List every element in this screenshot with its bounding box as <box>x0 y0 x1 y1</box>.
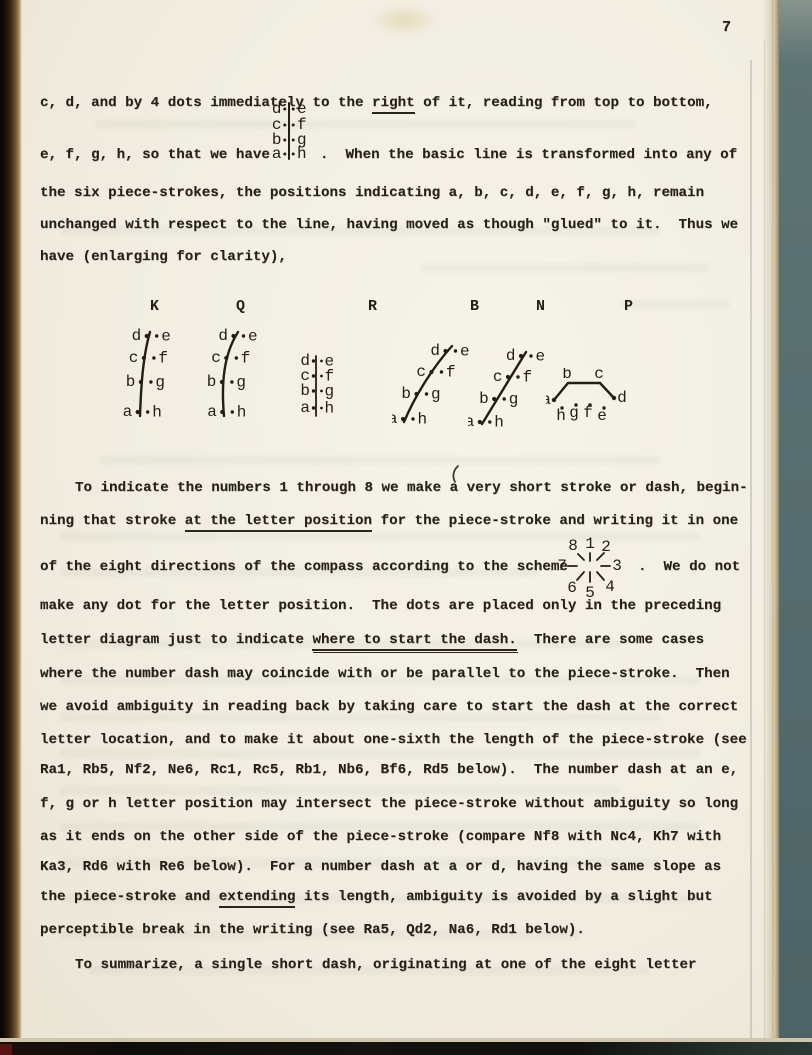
page-number: 7 <box>722 18 731 37</box>
svg-text:f: f <box>446 364 456 382</box>
paper-stain <box>368 4 440 36</box>
text-line-p2-7: we avoid ambiguity in reading back by ta… <box>40 698 738 717</box>
book-cover-bottom <box>0 1042 812 1055</box>
svg-text:a: a <box>207 403 217 421</box>
text-line-p2-3b: . We do not <box>638 558 740 577</box>
text-line-p2-12: Ka3, Rd6 with Re6 below). For a number d… <box>40 858 721 877</box>
piece-diagram-rook: decfbgah <box>292 348 350 429</box>
svg-text:g: g <box>325 383 335 401</box>
svg-text:h: h <box>297 145 307 163</box>
book-cover-right <box>779 0 812 1055</box>
svg-text:b: b <box>401 385 411 403</box>
piece-header-B: B <box>470 298 479 315</box>
text-line-p2-3a: of the eight directions of the compass a… <box>40 558 568 577</box>
text-line-p2-14: perceptible break in the writing (see Ra… <box>40 921 585 940</box>
text-line-p3-1: To summarize, a single short dash, origi… <box>75 956 697 975</box>
svg-text:6: 6 <box>567 579 577 597</box>
svg-text:a: a <box>123 403 133 421</box>
svg-text:b: b <box>562 368 572 383</box>
svg-text:b: b <box>207 373 217 391</box>
text-line-p1-1: c, d, and by 4 dots immediately to the r… <box>40 94 713 113</box>
handwritten-mark <box>449 464 461 489</box>
svg-text:e: e <box>161 328 171 346</box>
text-line-p2-10: f, g or h letter position may intersect … <box>40 795 738 814</box>
svg-text:e: e <box>248 328 258 346</box>
svg-text:f: f <box>241 350 251 368</box>
svg-text:c: c <box>211 349 221 367</box>
piece-diagram-queen: decfbgah <box>196 320 268 429</box>
svg-text:b: b <box>479 390 489 408</box>
svg-text:5: 5 <box>585 584 595 602</box>
piece-diagram-knight: decfbgah <box>468 340 548 435</box>
piece-diagram-pawn: abcdhgfe <box>546 368 632 429</box>
text-line-p1-2a: e, f, g, h, so that we have <box>40 146 270 165</box>
svg-text:a: a <box>468 413 475 430</box>
svg-text:c: c <box>594 368 604 383</box>
piece-header-K: K <box>150 298 159 315</box>
svg-text:b: b <box>126 373 136 391</box>
scanned-book-page: 7 c, d, and by 4 dots immediately to the… <box>0 0 812 1055</box>
piece-header-N: N <box>536 298 545 315</box>
svg-text:f: f <box>158 350 168 368</box>
p1-l1b-underlined: right <box>372 95 415 114</box>
svg-text:8: 8 <box>568 537 578 555</box>
svg-text:e: e <box>597 407 607 424</box>
svg-text:g: g <box>509 391 519 409</box>
svg-text:d: d <box>506 347 516 365</box>
svg-text:a: a <box>272 145 282 163</box>
p2-l2b-underlined: at the letter position <box>185 513 372 532</box>
compass-diagram: 12345678 <box>556 536 634 607</box>
svg-text:a: a <box>546 391 551 409</box>
text-line-p2-13: the piece-stroke and extending its lengt… <box>40 888 713 907</box>
svg-text:d: d <box>430 342 440 360</box>
svg-text:h: h <box>237 404 247 422</box>
svg-text:c: c <box>416 363 426 381</box>
book-spine-edge-left <box>0 0 22 1055</box>
text-line-p1-3: the six piece-strokes, the positions ind… <box>40 184 704 203</box>
text-line-p2-6: where the number dash may coincide with … <box>40 665 730 684</box>
svg-text:h: h <box>494 414 504 431</box>
svg-text:g: g <box>155 374 165 392</box>
piece-diagram-bishop: decfbgah <box>392 336 470 433</box>
text-line-p2-8: letter location, and to make it about on… <box>40 731 747 750</box>
svg-text:h: h <box>418 411 428 429</box>
text-line-p2-5: letter diagram just to indicate where to… <box>40 631 704 650</box>
svg-text:e: e <box>536 348 546 366</box>
svg-text:d: d <box>617 389 627 407</box>
piece-diagram-king: decfbgah <box>110 320 182 429</box>
svg-text:d: d <box>132 327 142 345</box>
text-line-p2-1: To indicate the numbers 1 through 8 we m… <box>75 479 748 498</box>
svg-text:h: h <box>152 404 162 422</box>
svg-text:7: 7 <box>557 557 567 575</box>
svg-text:a: a <box>300 399 310 417</box>
svg-text:f: f <box>523 369 533 387</box>
text-line-p2-11: as it ends on the other side of the piec… <box>40 828 721 847</box>
text-line-p2-2: ning that stroke at the letter position … <box>40 512 738 531</box>
svg-text:g: g <box>431 386 441 404</box>
page-edge-shadow <box>762 0 774 1042</box>
svg-text:c: c <box>493 368 503 386</box>
p2-l2c: for the piece-stroke and writing it in o… <box>372 513 738 529</box>
piece-header-P: P <box>624 298 633 315</box>
inline-letter-diagram: decfbgah <box>262 98 316 169</box>
piece-header-R: R <box>368 298 377 315</box>
p2-l5b-underlined: where to start the dash. <box>312 632 516 651</box>
piece-header-Q: Q <box>236 298 245 315</box>
p2-l13c: its length, ambiguity is avoided by a sl… <box>295 889 712 905</box>
svg-text:4: 4 <box>605 578 615 596</box>
text-line-p1-5: have (enlarging for clarity), <box>40 248 287 267</box>
svg-text:h: h <box>325 400 335 418</box>
p2-l13b-underlined: extending <box>219 889 296 908</box>
p2-l13a: the piece-stroke and <box>40 889 219 905</box>
p2-l2a: ning that stroke <box>40 513 185 529</box>
svg-text:h: h <box>556 407 566 424</box>
text-line-p2-9: Ra1, Rb5, Nf2, Ne6, Rc1, Rc5, Rb1, Nb6, … <box>40 761 738 780</box>
svg-text:b: b <box>300 382 310 400</box>
svg-text:c: c <box>129 349 139 367</box>
svg-text:g: g <box>569 404 579 422</box>
svg-text:1: 1 <box>585 536 595 553</box>
p1-l1a: c, d, and by 4 dots immediately to the <box>40 95 372 111</box>
svg-text:f: f <box>583 404 593 422</box>
svg-text:g: g <box>236 374 246 392</box>
svg-text:3: 3 <box>612 557 622 575</box>
page-crease <box>750 60 752 1038</box>
p1-l1c: of it, reading from top to bottom, <box>415 95 713 111</box>
text-line-p1-4: unchanged with respect to the line, havi… <box>40 216 738 235</box>
p2-l5a: letter diagram just to indicate <box>40 632 312 648</box>
svg-text:a: a <box>392 410 398 428</box>
text-line-p1-2b: . When the basic line is transformed int… <box>320 146 737 165</box>
book-corner-red <box>0 1044 12 1055</box>
p2-l5c: There are some cases <box>517 632 704 648</box>
svg-text:d: d <box>218 327 228 345</box>
